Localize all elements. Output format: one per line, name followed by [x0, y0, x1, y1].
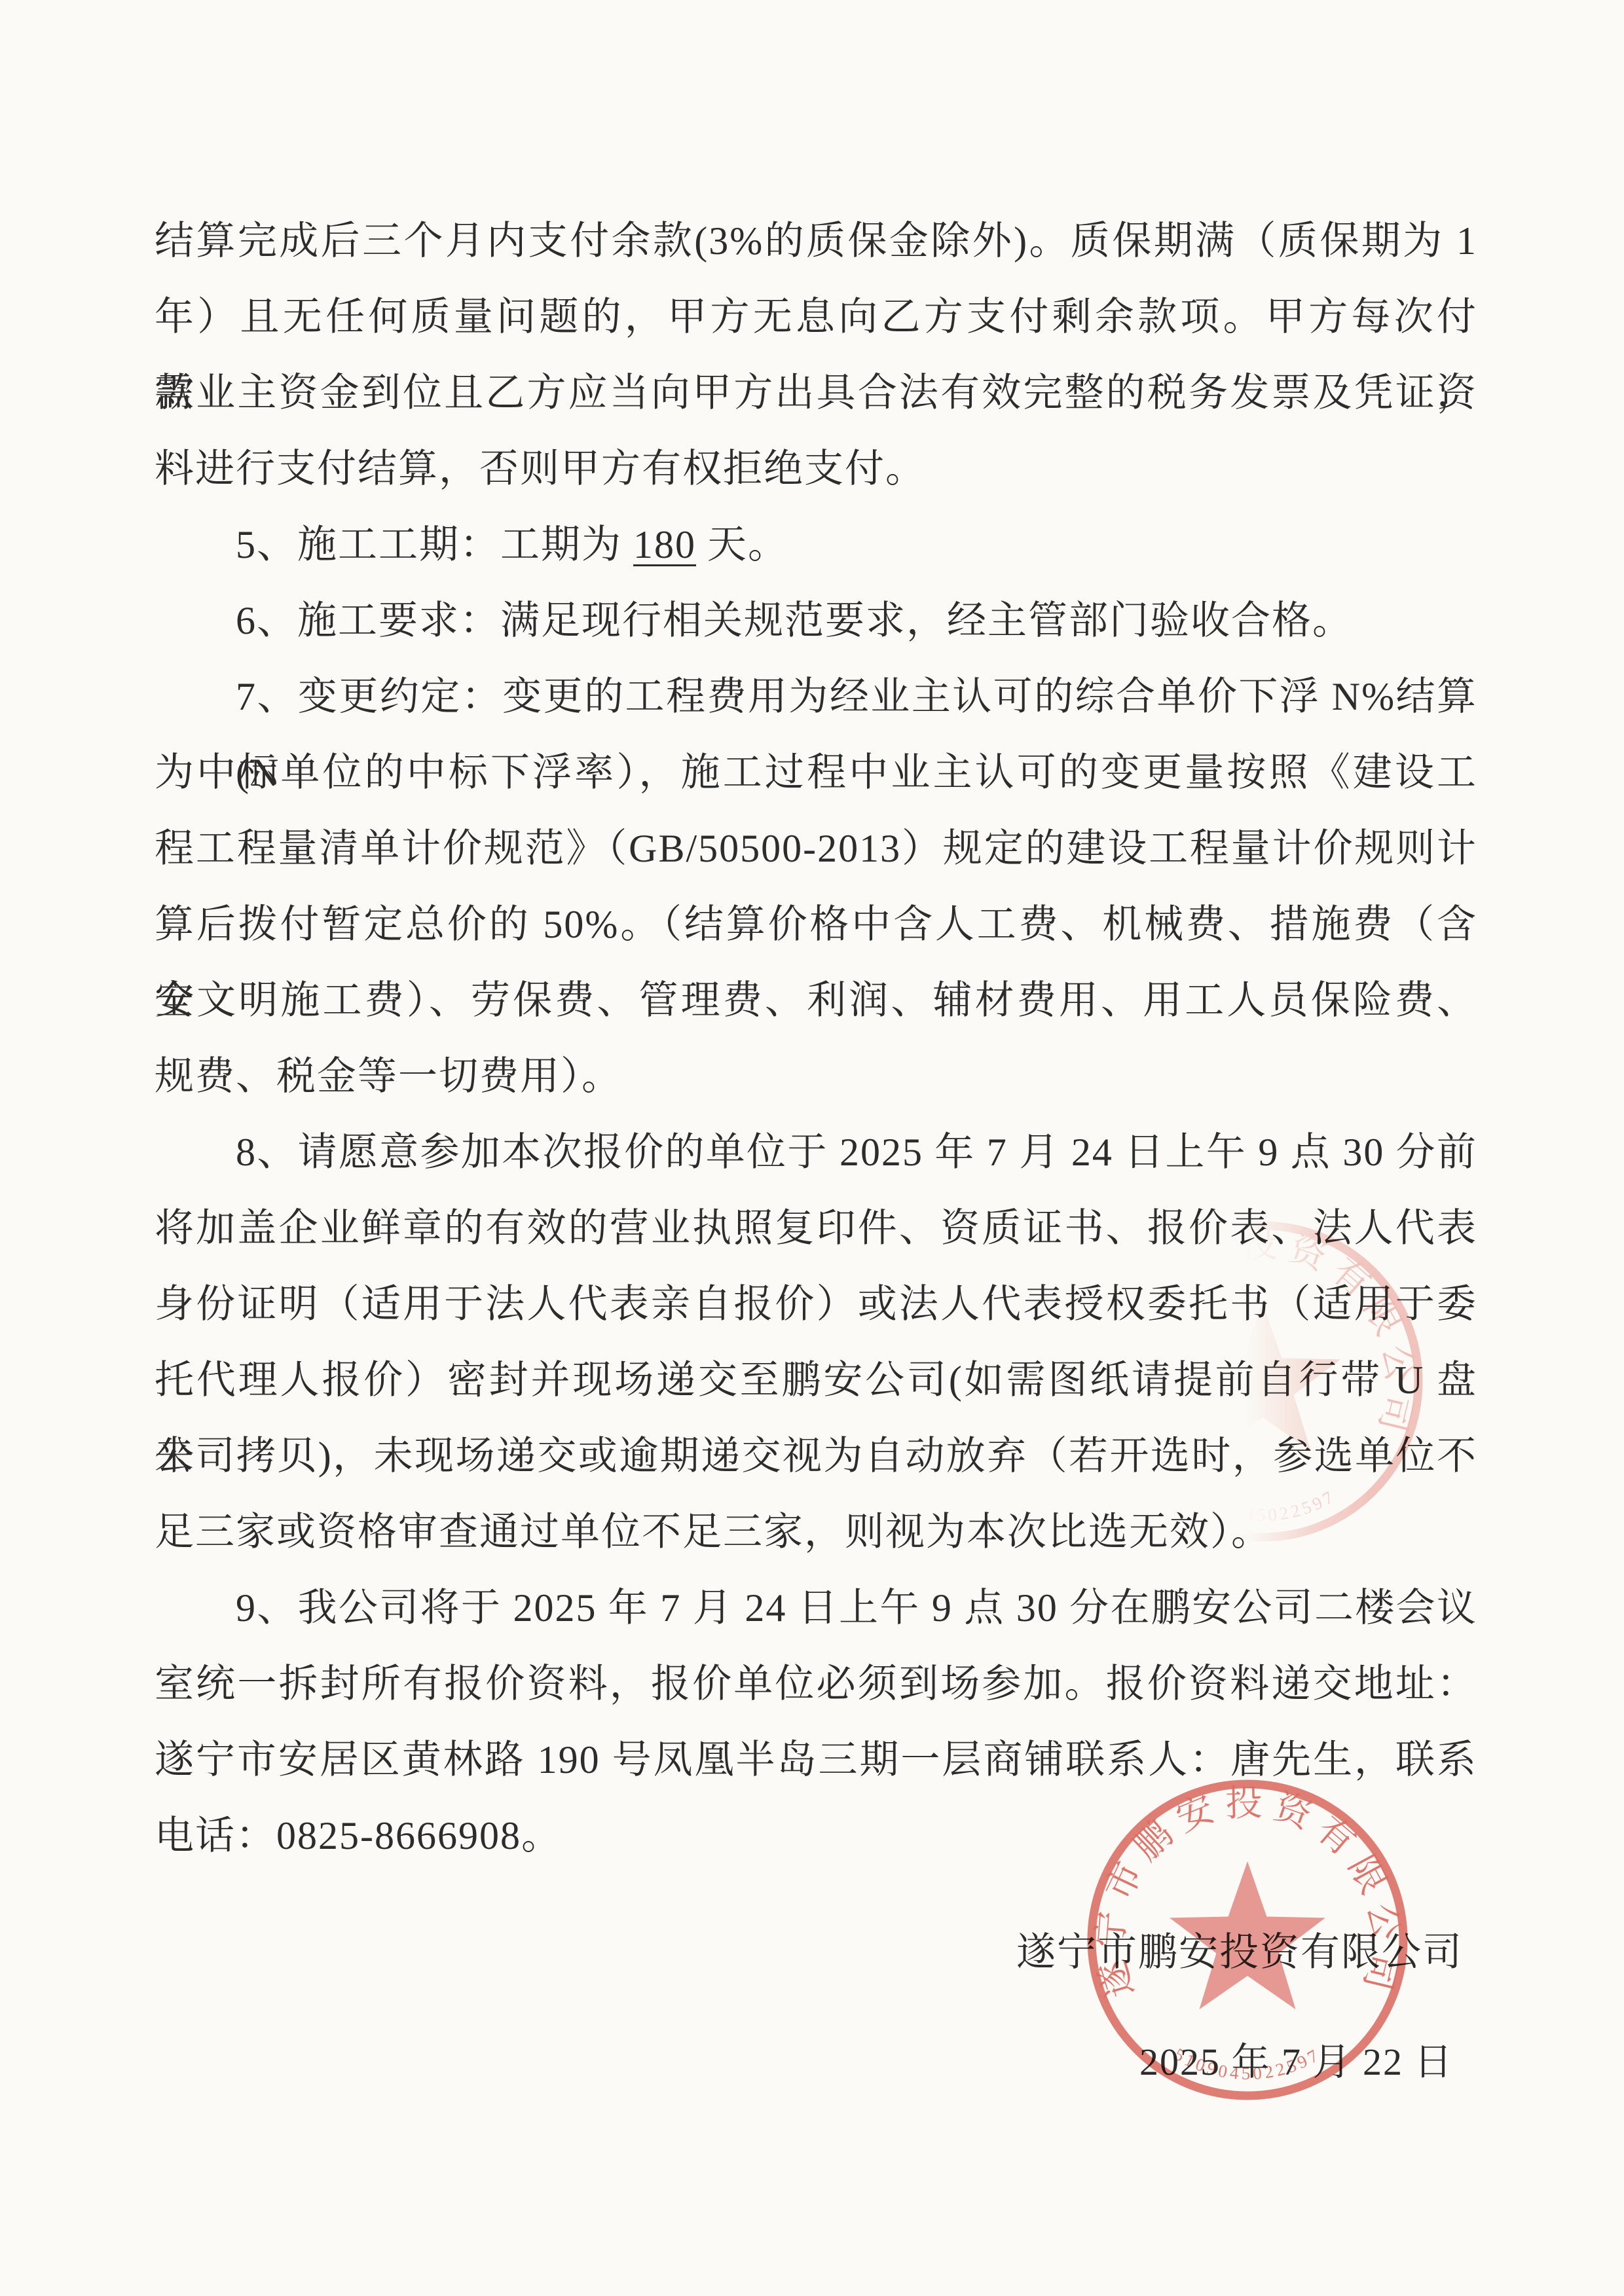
line-text: 9、我公司将于 2025 年 7 月 24 日上午 9 点 30 分在鹏安公司二… — [236, 1586, 1477, 1630]
document-line: 7、变更约定：变更的工程费用为经业主认可的综合单价下浮 N%结算(N — [155, 659, 1477, 735]
line-text: 规费、税金等一切费用）。 — [155, 1055, 622, 1098]
line-text: 程工程量清单计价规范》（GB/50500-2013）规定的建设工程量计价规则计 — [155, 827, 1477, 870]
document-line: 为中标单位的中标下浮率），施工过程中业主认可的变更量按照《建设工 — [155, 735, 1477, 811]
line-text: 将加盖企业鲜章的有效的营业执照复印件、资质证书、报价表、法人代表 — [155, 1207, 1477, 1250]
document-line: 结算完成后三个月内支付余款(3%的质保金除外)。质保期满（质保期为 1 — [155, 203, 1477, 279]
signature-company-name: 遂宁市鹏安投资有限公司 — [1016, 1914, 1463, 1990]
document-line: 9、我公司将于 2025 年 7 月 24 日上午 9 点 30 分在鹏安公司二… — [155, 1570, 1477, 1646]
line-text: 遂宁市安居区黄林路 190 号凤凰半岛三期一层商铺联系人：唐先生，联系 — [155, 1738, 1477, 1781]
document-line: 6、施工要求：满足现行相关规范要求，经主管部门验收合格。 — [155, 583, 1477, 659]
line-text: 6、施工要求：满足现行相关规范要求，经主管部门验收合格。 — [236, 599, 1353, 642]
line-text: 为中标单位的中标下浮率），施工过程中业主认可的变更量按照《建设工 — [155, 751, 1477, 794]
line-text: 需业主资金到位且乙方应当向甲方出具合法有效完整的税务发票及凭证资 — [155, 371, 1477, 414]
line-text: 料进行支付结算，否则甲方有权拒绝支付。 — [155, 447, 926, 490]
document-line: 规费、税金等一切费用）。 — [155, 1038, 1477, 1114]
line-text: 公司拷贝)，未现场递交或逾期递交视为自动放弃（若开选时，参选单位不 — [155, 1434, 1477, 1478]
document-line: 托代理人报价）密封并现场递交至鹏安公司(如需图纸请提前自行带 U 盘来 — [155, 1342, 1477, 1418]
document-line: 公司拷贝)，未现场递交或逾期递交视为自动放弃（若开选时，参选单位不 — [155, 1418, 1477, 1494]
line-text: 全文明施工费）、劳保费、管理费、利润、辅材费用、用工人员保险费、 — [155, 979, 1477, 1022]
document-line: 足三家或资格审查通过单位不足三家，则视为本次比选无效）。 — [155, 1494, 1477, 1570]
document-line: 遂宁市安居区黄林路 190 号凤凰半岛三期一层商铺联系人：唐先生，联系 — [155, 1722, 1477, 1798]
signature-date: 2025 年 7 月 22 日 — [1139, 2024, 1454, 2100]
document-line: 5、施工工期：工期为 180 天。 — [155, 507, 1477, 583]
document-line: 年）且无任何质量问题的，甲方无息向乙方支付剩余款项。甲方每次付款， — [155, 279, 1477, 355]
line-text: 天。 — [696, 523, 788, 566]
document-line: 程工程量清单计价规范》（GB/50500-2013）规定的建设工程量计价规则计 — [155, 811, 1477, 886]
line-text: 5、施工工期：工期为 — [236, 523, 633, 566]
line-text: 足三家或资格审查通过单位不足三家，则视为本次比选无效）。 — [155, 1510, 1272, 1554]
text-block: 结算完成后三个月内支付余款(3%的质保金除外)。质保期满（质保期为 1年）且无任… — [155, 203, 1477, 1874]
scanned-document-page: 结算完成后三个月内支付余款(3%的质保金除外)。质保期满（质保期为 1年）且无任… — [0, 0, 1624, 2296]
line-text: 电话：0825-8666908。 — [155, 1814, 562, 1857]
document-line: 全文明施工费）、劳保费、管理费、利润、辅材费用、用工人员保险费、 — [155, 962, 1477, 1038]
document-line: 需业主资金到位且乙方应当向甲方出具合法有效完整的税务发票及凭证资 — [155, 355, 1477, 431]
document-line: 将加盖企业鲜章的有效的营业执照复印件、资质证书、报价表、法人代表 — [155, 1190, 1477, 1266]
line-text: 身份证明（适用于法人代表亲自报价）或法人代表授权委托书（适用于委 — [155, 1283, 1477, 1326]
document-line: 料进行支付结算，否则甲方有权拒绝支付。 — [155, 431, 1477, 507]
document-line: 室统一拆封所有报价资料，报价单位必须到场参加。报价资料递交地址： — [155, 1646, 1477, 1722]
line-text: 结算完成后三个月内支付余款(3%的质保金除外)。质保期满（质保期为 1 — [155, 219, 1477, 263]
document-line: 身份证明（适用于法人代表亲自报价）或法人代表授权委托书（适用于委 — [155, 1266, 1477, 1342]
underlined-value: 180 — [633, 523, 696, 566]
document-line: 电话：0825-8666908。 — [155, 1798, 1477, 1874]
line-text: 室统一拆封所有报价资料，报价单位必须到场参加。报价资料递交地址： — [155, 1662, 1477, 1705]
document-line: 8、请愿意参加本次报价的单位于 2025 年 7 月 24 日上午 9 点 30… — [155, 1114, 1477, 1190]
line-text: 8、请愿意参加本次报价的单位于 2025 年 7 月 24 日上午 9 点 30… — [236, 1131, 1477, 1174]
document-line: 算后拨付暂定总价的 50%。（结算价格中含人工费、机械费、措施费（含安 — [155, 886, 1477, 962]
